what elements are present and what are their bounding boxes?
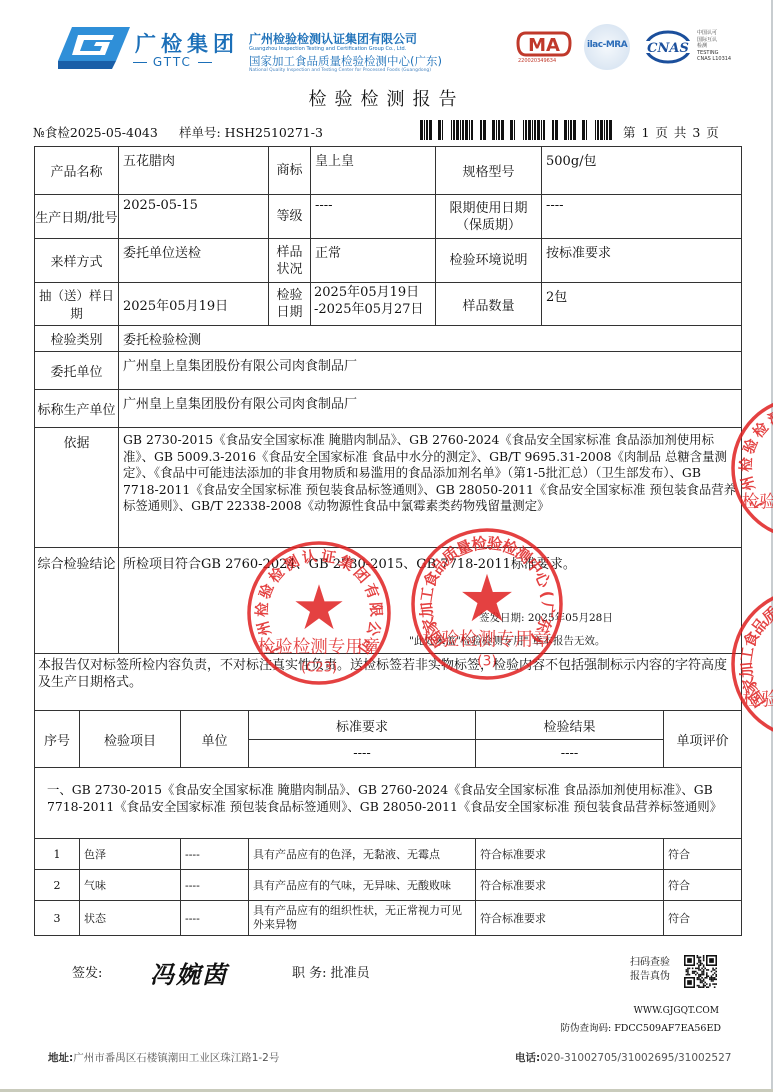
signer-label: 签发: xyxy=(72,962,102,981)
trademark-label: 商标 xyxy=(269,147,311,195)
svg-text:检验检测专用章: 检验检测专用章 xyxy=(742,491,773,512)
header-item: 检验项目 xyxy=(80,711,181,768)
svg-text:验: 验 xyxy=(739,435,761,456)
header-result: 检验结果 xyxy=(476,711,664,740)
sample-status-value: 正常 xyxy=(311,239,436,283)
phone: 电话:020-31002705/31002695/31002527 xyxy=(515,1050,731,1065)
results-table: 序号 检验项目 单位 标准要求 检验结果 单项评价 ---- ---- 一、GB… xyxy=(34,710,742,936)
grade-label: 等级 xyxy=(269,195,311,239)
manufacturer-value: 广州皇上皇集团股份有限公司肉食制品厂 xyxy=(119,390,742,428)
header-result-sub: ---- xyxy=(476,740,664,768)
svg-text:品: 品 xyxy=(748,614,772,638)
svg-text:国: 国 xyxy=(745,687,769,711)
ilac-mra-logo-icon: ilac-MRA xyxy=(584,24,630,70)
svg-text:检验检测专用章: 检验检测专用章 xyxy=(742,690,773,711)
svg-text:检: 检 xyxy=(749,418,772,441)
test-date-label: 检验日期 xyxy=(269,283,311,326)
signature: 冯婉茵 xyxy=(150,955,228,990)
svg-text:食: 食 xyxy=(739,628,763,650)
anti-fake-code: 防伪查询码: FDCC509AF7EA56ED xyxy=(560,1020,721,1034)
conclusion-value: 所检项目符合GB 2760-2024、GB 2730-2015、GB 7718-… xyxy=(123,553,737,572)
environment-value: 按标准要求 xyxy=(542,239,742,283)
gttc-logo-icon xyxy=(58,25,130,69)
conclusion-label: 综合检验结论 xyxy=(35,548,119,654)
table-row: 3 状态 ---- 具有产品应有的组织性状，无正常视力可见外来异物 符合标准要求… xyxy=(35,901,742,936)
stamp-note: "此处未盖"检验检测专用" 章本报告无效。 xyxy=(409,633,605,648)
disclaimer-notice: 本报告仅对标签所检内容负责，不对标注真实性负责。送检标签若非实物标签，检验内容不… xyxy=(35,654,742,711)
page-indicator: 第 1 页 共 3 页 xyxy=(623,123,720,141)
brand-name-en: GTTC xyxy=(133,55,212,69)
header-standard-sub: ---- xyxy=(249,740,476,768)
duty: 职 务: 批准员 xyxy=(292,962,370,981)
cma-number: 220020349634 xyxy=(518,58,556,64)
production-date-value: 2025-05-15 xyxy=(119,195,269,239)
manufacturer-label: 标称生产单位 xyxy=(35,390,119,428)
sampling-method-label: 来样方式 xyxy=(35,239,119,283)
production-date-label: 生产日期/批号 xyxy=(35,195,119,239)
client-label: 委托单位 xyxy=(35,352,119,390)
center-name-cn: 国家加工食品质量检验检测中心(广东) xyxy=(249,53,442,69)
quantity-value: 2包 xyxy=(542,283,742,326)
cnas-logo-icon: CNAS xyxy=(643,30,693,64)
sample-status-label: 样品状况 xyxy=(269,239,311,283)
org-name-en: Guangzhou Inspection Testing and Certifi… xyxy=(249,46,406,52)
header-unit: 单位 xyxy=(181,711,249,768)
header-evaluation: 单项评价 xyxy=(664,711,742,768)
table-row: 2 气味 ---- 具有产品应有的气味，无异味、无酸败味 符合标准要求 符合 xyxy=(35,870,742,901)
brand-name-cn: 广检集团 xyxy=(135,28,239,58)
table-row: 1 色泽 ---- 具有产品应有的色泽，无黏液、无霉点 符合标准要求 符合 xyxy=(35,839,742,870)
client-value: 广州皇上皇集团股份有限公司肉食制品厂 xyxy=(119,352,742,390)
sample-number: 样单号: HSH2510271-3 xyxy=(179,123,323,141)
header-seq: 序号 xyxy=(35,711,80,768)
website: WWW.GJGQT.COM xyxy=(634,1006,719,1016)
quantity-label: 样品数量 xyxy=(436,283,542,326)
report-title: 检验检测报告 xyxy=(0,85,773,111)
scan-to-verify: 扫码查验报告真伪 xyxy=(630,956,670,984)
center-name-en: National Quality Inspection and Testing … xyxy=(249,68,431,73)
category-value: 委托检验检测 xyxy=(119,326,742,352)
environment-label: 检验环境说明 xyxy=(436,239,542,283)
spec-value: 500g/包 xyxy=(542,147,742,195)
sample-date-value: 2025年05月19日 xyxy=(119,283,269,326)
expiry-value: ---- xyxy=(542,195,742,239)
address: 地址:广州市番禺区石楼镇潮田工业区珠江路1-2号 xyxy=(48,1050,279,1065)
test-date-value: 2025年05月19日-2025年05月27日 xyxy=(311,283,436,326)
cnas-description: 中国认可 国际互认 检测 TESTING CNAS L10314 xyxy=(697,30,731,63)
trademark-value: 皇上皇 xyxy=(311,147,436,195)
spec-label: 规格型号 xyxy=(436,147,542,195)
conclusion-cell: 所检项目符合GB 2760-2024、GB 2730-2015、GB 7718-… xyxy=(119,548,742,654)
standards-group-title: 一、GB 2730-2015《食品安全国家标准 腌腊肉制品》、GB 2760-2… xyxy=(35,768,742,839)
barcode-icon xyxy=(420,120,613,140)
expiry-label: 限期使用日期（保质期） xyxy=(436,195,542,239)
svg-text:CNAS: CNAS xyxy=(647,41,689,56)
sampling-method-value: 委托单位送检 xyxy=(119,239,269,283)
product-name-label: 产品名称 xyxy=(35,147,119,195)
qr-code-icon[interactable] xyxy=(684,955,717,988)
product-name-value: 五花腊肉 xyxy=(119,147,269,195)
header-standard: 标准要求 xyxy=(249,711,476,740)
basis-label: 依据 xyxy=(35,428,119,548)
issue-date: 签发日期: 2025年05月28日 xyxy=(479,610,613,625)
basis-value: GB 2730-2015《食品安全国家标准 腌腊肉制品》、GB 2760-202… xyxy=(119,428,742,548)
sample-date-label: 抽（送）样日期 xyxy=(35,283,119,326)
svg-text:MA: MA xyxy=(528,35,560,56)
report-info-table: 产品名称 五花腊肉 商标 皇上皇 规格型号 500g/包 生产日期/批号 202… xyxy=(34,146,742,711)
org-name-cn: 广州检验检测认证集团有限公司 xyxy=(249,30,417,47)
grade-value: ---- xyxy=(311,195,436,239)
category-label: 检验类别 xyxy=(35,326,119,352)
svg-text:广: 广 xyxy=(744,489,767,512)
report-number: №食检2025-05-4043 xyxy=(33,123,158,141)
